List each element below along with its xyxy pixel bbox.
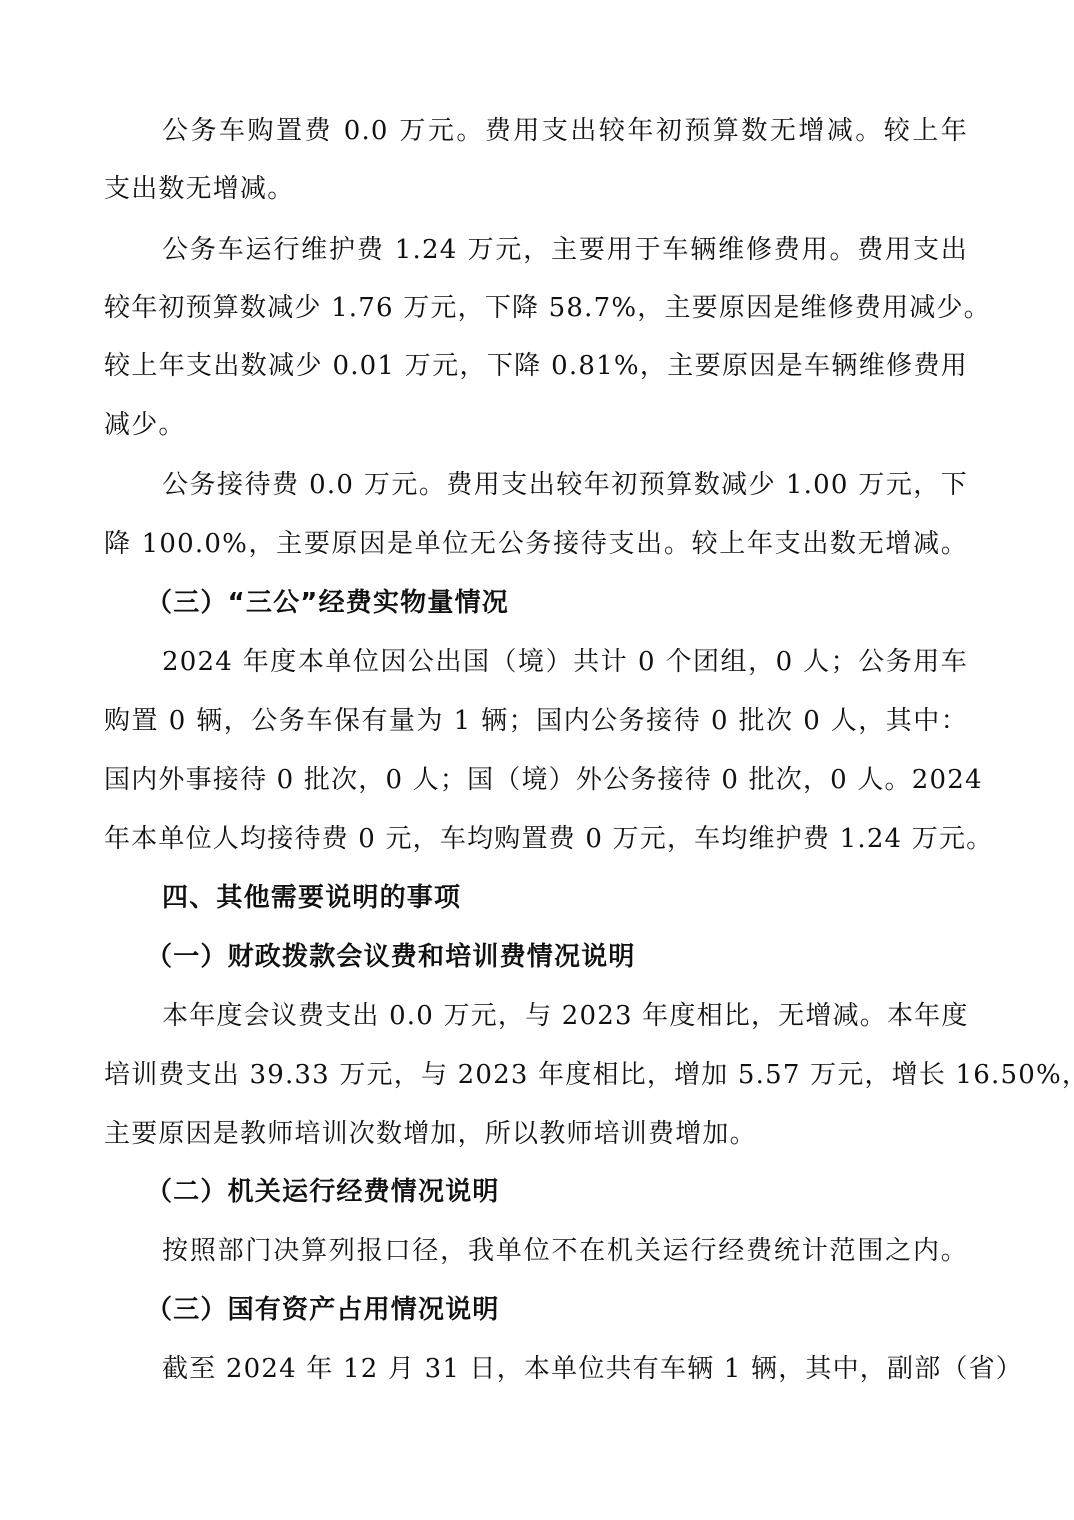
paragraph-line: 培训费支出 39.33 万元，与 2023 年度相比，增加 5.57 万元，增长…	[104, 1060, 968, 1090]
paragraph-line: 2024 年度本单位因公出国（境）共计 0 个团组，0 人；公务用车	[162, 647, 968, 677]
paragraph-line: 降 100.0%，主要原因是单位无公务接待支出。较上年支出数无增减。	[104, 529, 968, 559]
paragraph-line: 支出数无增减。	[104, 174, 1074, 204]
paragraph-line: 国内外事接待 0 批次，0 人；国（境）外公务接待 0 批次，0 人。2024	[104, 765, 968, 795]
section-heading: （三）国有资产占用情况说明	[146, 1295, 1074, 1325]
paragraph-line: 本年度会议费支出 0.0 万元，与 2023 年度相比，无增减。本年度	[162, 1001, 968, 1031]
section-heading: （一）财政拨款会议费和培训费情况说明	[146, 942, 1074, 972]
paragraph-line: 较上年支出数减少 0.01 万元，下降 0.81%，主要原因是车辆维修费用	[104, 351, 968, 381]
paragraph-line: 公务车购置费 0.0 万元。费用支出较年初预算数无增减。较上年	[162, 116, 968, 146]
paragraph-line: 公务接待费 0.0 万元。费用支出较年初预算数减少 1.00 万元，下	[162, 470, 968, 500]
paragraph-line: 公务车运行维护费 1.24 万元，主要用于车辆维修费用。费用支出	[162, 235, 968, 265]
section-heading: 四、其他需要说明的事项	[162, 883, 1074, 913]
paragraph-line: 较年初预算数减少 1.76 万元，下降 58.7%，主要原因是维修费用减少。	[104, 293, 968, 323]
paragraph-line: 购置 0 辆，公务车保有量为 1 辆；国内公务接待 0 批次 0 人，其中：	[104, 706, 968, 736]
section-heading: （三）“三公”经费实物量情况	[146, 588, 1074, 618]
paragraph-line: 按照部门决算列报口径，我单位不在机关运行经费统计范围之内。	[162, 1236, 968, 1266]
paragraph-line: 主要原因是教师培训次数增加，所以教师培训费增加。	[104, 1119, 1074, 1149]
paragraph-line: 截至 2024 年 12 月 31 日，本单位共有车辆 1 辆，其中，副部（省）	[162, 1354, 968, 1384]
paragraph-line: 减少。	[104, 410, 1074, 440]
paragraph-line: 年本单位人均接待费 0 元，车均购置费 0 万元，车均维护费 1.24 万元。	[104, 824, 968, 854]
section-heading: （二）机关运行经费情况说明	[146, 1177, 1074, 1207]
